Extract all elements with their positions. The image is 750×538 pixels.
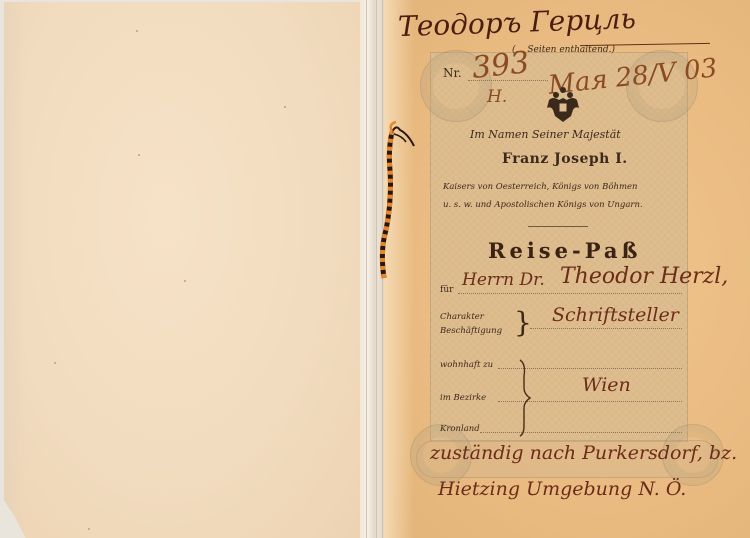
paper-speck — [284, 106, 286, 108]
gutter-fold-line — [376, 0, 377, 538]
passport-scan: Теодоръ Герцль (… Seiten enthaltend.) Nr… — [0, 0, 750, 538]
handwritten-remark-line-2: Hietzing Umgebung N. Ö. — [438, 478, 686, 500]
paper-speck — [184, 280, 186, 282]
paper-speck — [136, 30, 138, 32]
field-charakter-label: Charakter — [440, 312, 484, 322]
paper-speck — [88, 528, 90, 530]
twisted-cord-icon — [378, 120, 418, 280]
gutter-fold-line — [366, 0, 367, 538]
field-bezirk-label: im Bezirke — [440, 393, 486, 403]
handwritten-number: 393 — [470, 45, 531, 86]
page-edge-shadow — [4, 2, 26, 538]
field-beschaeftigung-label: Beschäftigung — [440, 326, 502, 336]
double-headed-eagle-icon — [545, 86, 581, 124]
residence-dotted-line-3 — [480, 432, 682, 433]
title-divider — [528, 226, 588, 227]
handwritten-letter-h: H. — [487, 87, 507, 107]
field-kronland-label: Kronland — [440, 424, 480, 434]
emperor-name: Franz Joseph I. — [502, 151, 628, 167]
field-wohnhaft-label: wohnhaft zu — [440, 360, 493, 370]
handwritten-name-prefix: Herrn Dr. — [462, 270, 545, 290]
document-title: Reise-Paß — [488, 238, 641, 263]
paper-speck — [54, 362, 56, 364]
handwritten-residence: Wien — [582, 374, 631, 396]
name-dotted-line — [458, 293, 682, 294]
handwritten-occupation: Schriftsteller — [552, 304, 679, 326]
residence-brace — [516, 358, 534, 438]
left-blank-page — [4, 2, 362, 538]
nr-label: Nr. — [443, 66, 462, 80]
paper-speck — [138, 154, 140, 156]
in-name-of-majesty: Im Namen Seiner Majestät — [470, 128, 621, 141]
occupation-dotted-line — [530, 328, 682, 329]
field-brace: } — [514, 306, 532, 339]
titles-line-1: Kaisers von Oesterreich, Königs von Böhm… — [443, 182, 638, 192]
titles-line-2: u. s. w. und Apostolischen Königs von Un… — [443, 200, 643, 210]
handwritten-remark-line-1: zuständig nach Purkersdorf, bz. — [430, 442, 737, 464]
handwritten-name: Theodor Herzl, — [560, 264, 728, 289]
fuer-label: für — [440, 285, 453, 295]
